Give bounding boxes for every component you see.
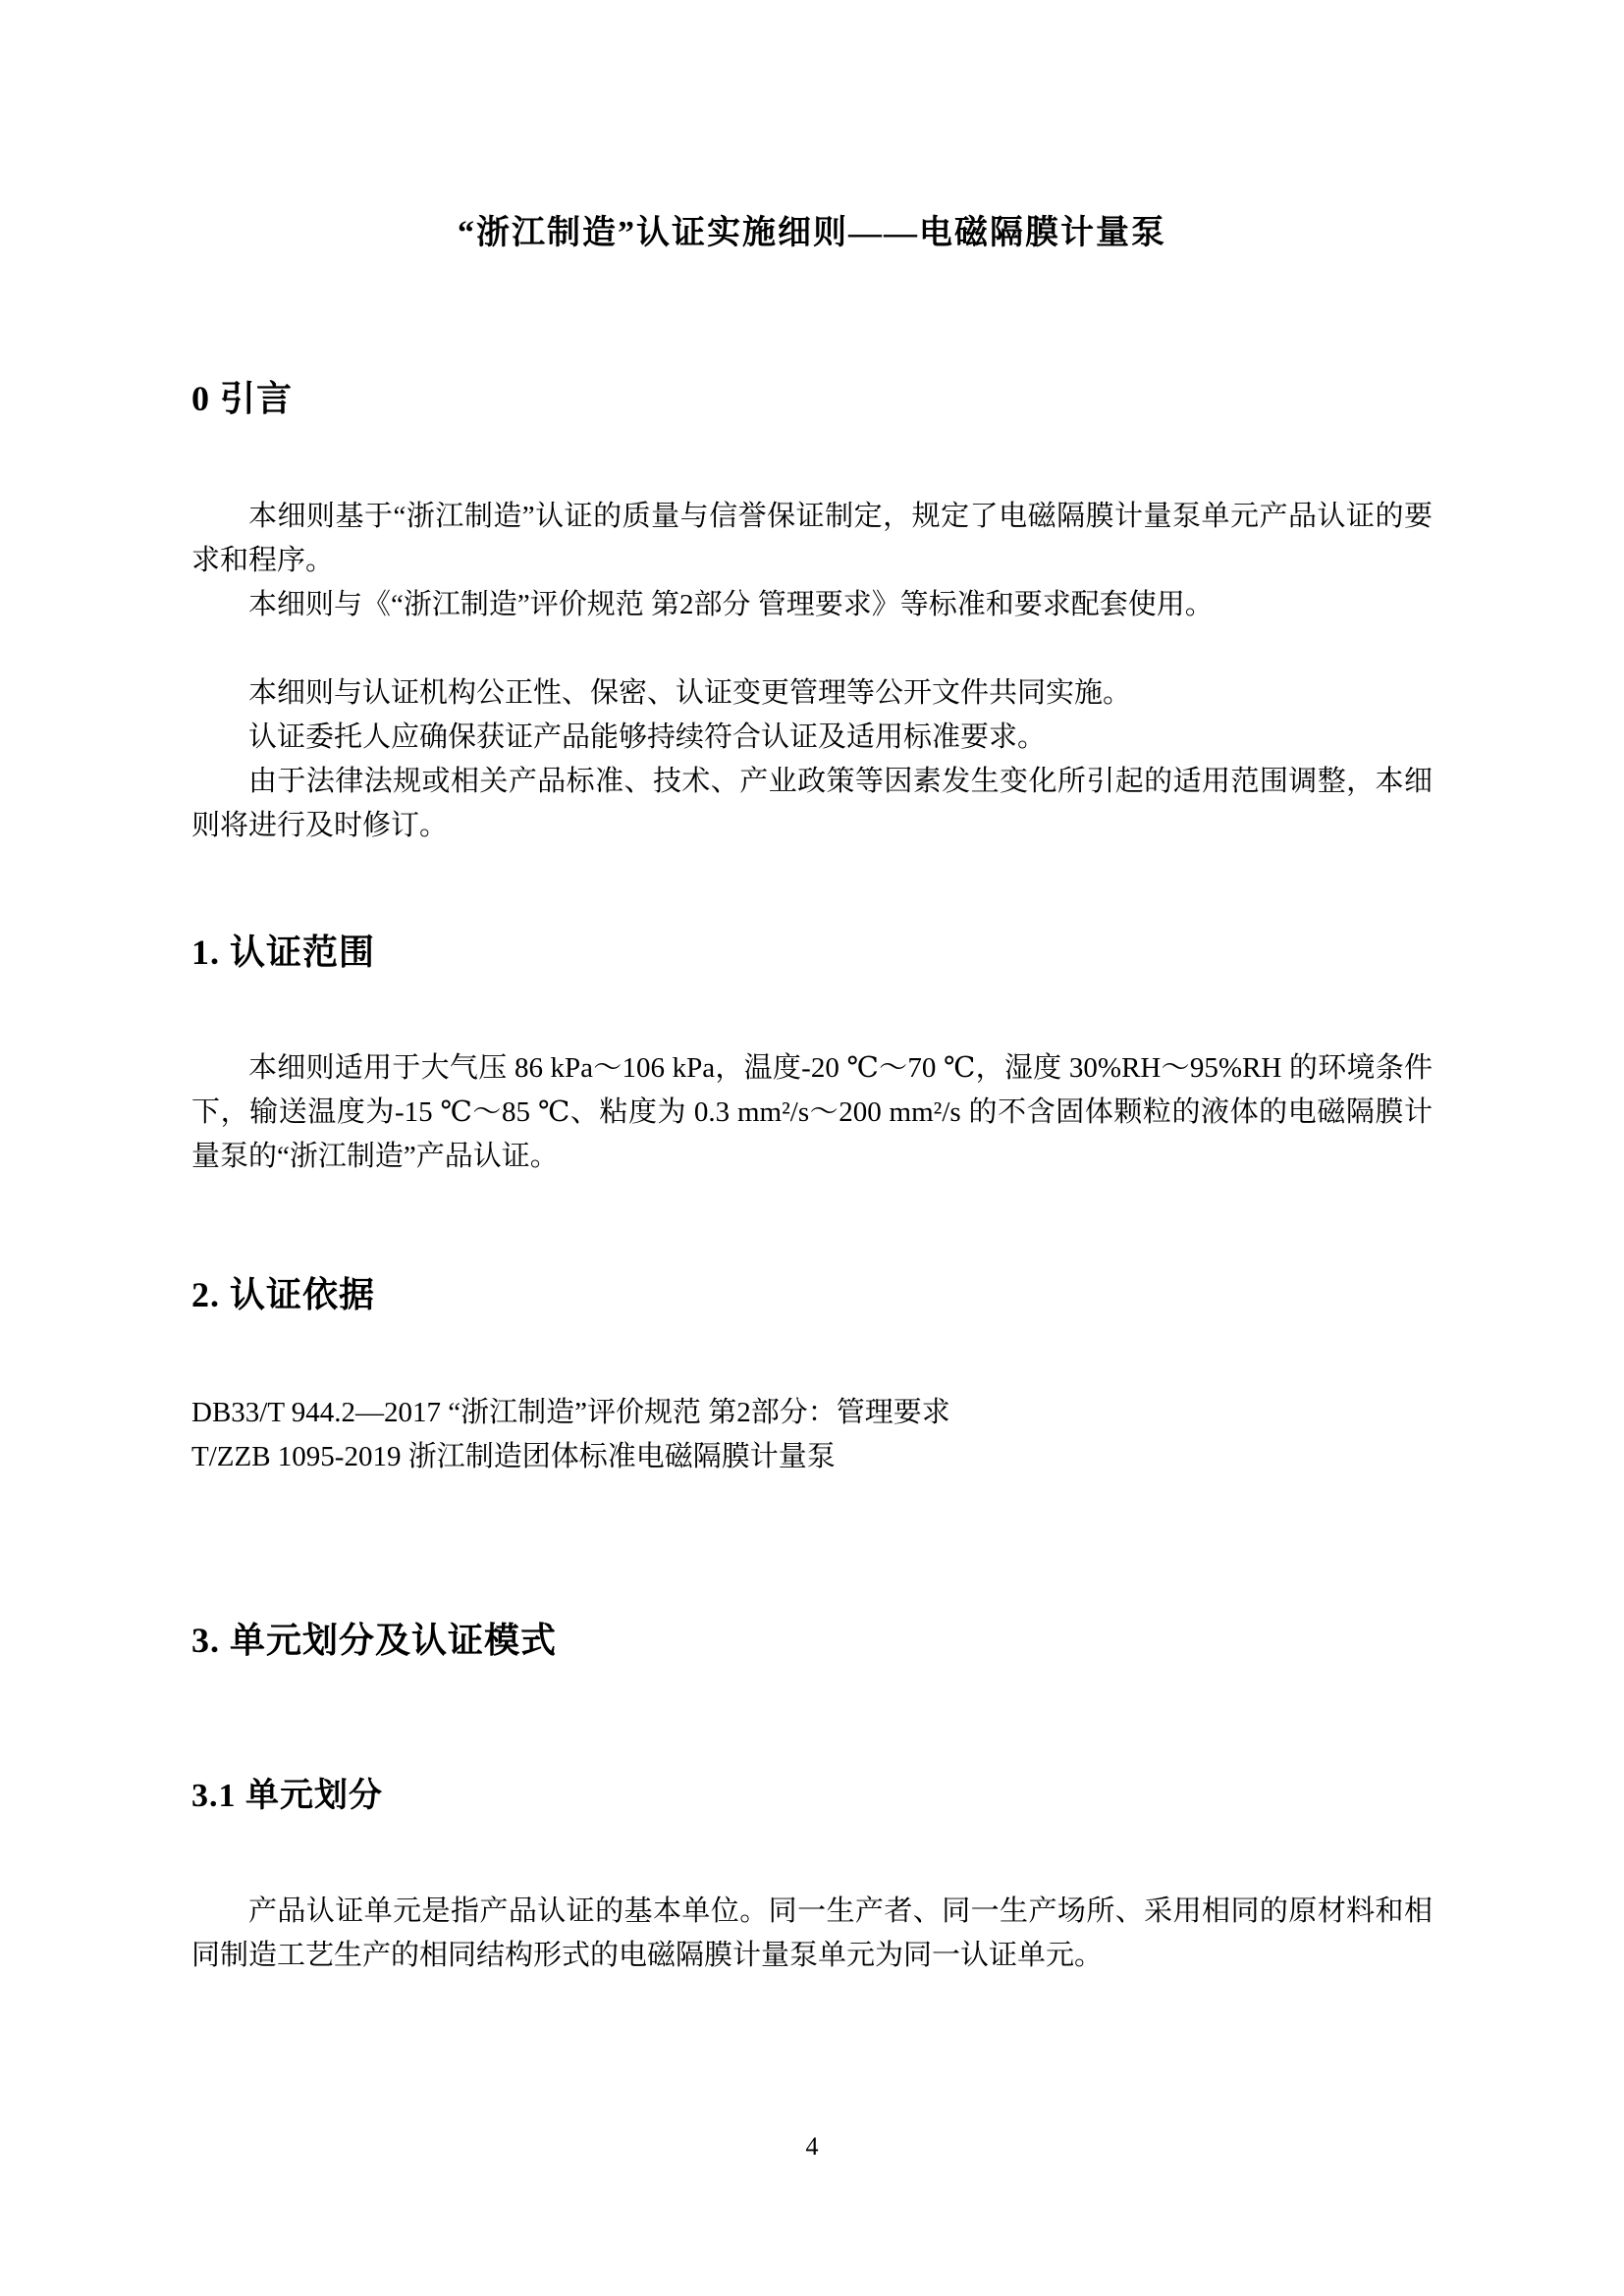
section-heading-introduction: 0 引言 [191, 377, 1433, 420]
intro-paragraph-2: 本细则与《“浙江制造”评价规范 第2部分 管理要求》等标准和要求配套使用。 [191, 583, 1433, 627]
intro-paragraph-5: 由于法律法规或相关产品标准、技术、产业政策等因素发生变化所引起的适用范围调整，本… [191, 760, 1433, 848]
intro-paragraph-3: 本细则与认证机构公正性、保密、认证变更管理等公开文件共同实施。 [191, 671, 1433, 716]
subsection-heading-unit-division: 3.1 单元划分 [191, 1776, 1433, 1817]
scope-paragraph-1: 本细则适用于大气压 86 kPa～106 kPa，温度-20 ℃～70 ℃，湿度… [191, 1046, 1433, 1179]
basis-reference-1: DB33/T 944.2—2017 “浙江制造”评价规范 第2部分：管理要求 [191, 1391, 1433, 1435]
document-title: “浙江制造”认证实施细则——电磁隔膜计量泵 [191, 214, 1433, 253]
intro-paragraph-1: 本细则基于“浙江制造”认证的质量与信誉保证制定，规定了电磁隔膜计量泵单元产品认证… [191, 495, 1433, 583]
unit-division-paragraph-1: 产品认证单元是指产品认证的基本单位。同一生产者、同一生产场所、采用相同的原材料和… [191, 1890, 1433, 1978]
section-heading-certification-basis: 2. 认证依据 [191, 1273, 1433, 1316]
section-heading-certification-scope: 1. 认证范围 [191, 931, 1433, 974]
basis-reference-2: T/ZZB 1095-2019 浙江制造团体标准电磁隔膜计量泵 [191, 1435, 1433, 1479]
page-number: 4 [0, 2132, 1624, 2162]
section-heading-unit-division-and-mode: 3. 单元划分及认证模式 [191, 1619, 1433, 1662]
intro-paragraph-4: 认证委托人应确保获证产品能够持续符合认证及适用标准要求。 [191, 716, 1433, 760]
document-page: “浙江制造”认证实施细则——电磁隔膜计量泵 0 引言 本细则基于“浙江制造”认证… [0, 0, 1624, 2296]
